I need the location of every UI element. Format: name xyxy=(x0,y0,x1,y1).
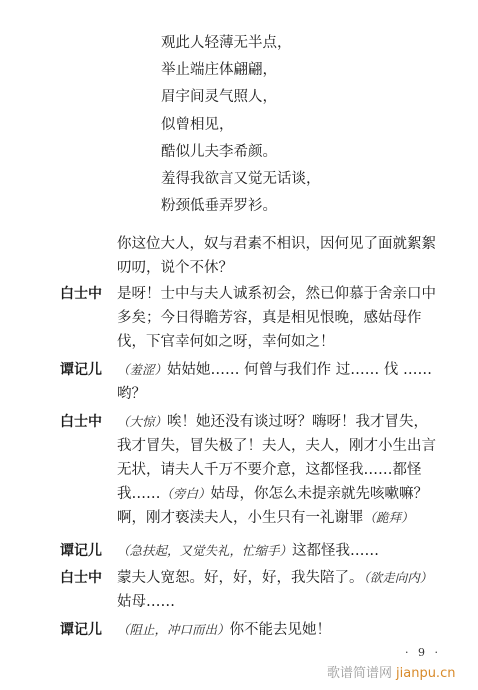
speaker-name: 谭记儿 xyxy=(60,618,102,642)
verse-line: 观此人轻薄无半点， xyxy=(161,30,321,57)
sung-verse: 观此人轻薄无半点， 举止端庄体翩翩， 眉宇间灵气照人， 似曾相见， 酷似儿夫李希… xyxy=(161,30,321,220)
speech-block: 白士中 （大惊）唉！她还没有谈过呀？嗨呀！我才冒失，我才冒失，冒失极了！夫人，夫… xyxy=(60,410,440,530)
speaker-name: 白士中 xyxy=(60,566,102,590)
spoken-line: 你这位大人，奴与君素不相识，因何见了面就絮絮叨叨，说个不休？ xyxy=(117,232,437,280)
speech-text: 蒙夫人宽恕。好，好，好，我失陪了。（欲走向内）姑母…… xyxy=(117,566,440,614)
stage-direction: （跪拜） xyxy=(364,510,414,525)
verse-line: 粉颈低垂弄罗衫。 xyxy=(161,193,321,220)
speech-block: 谭记儿 （羞涩）姑姑她…… 何曾与我们作 过…… 伐 ……哟？ xyxy=(60,358,440,406)
speech-block: 谭记儿 （急扶起，又觉失礼，忙缩手）这都怪我…… xyxy=(60,539,440,563)
page-number: · 9 · xyxy=(405,646,441,659)
speaker-name: 白士中 xyxy=(60,410,102,434)
watermark-label: 歌谱简谱网 xyxy=(327,666,392,681)
speech-block: 谭记儿 （阻止，冲口而出）你不能去见她！ xyxy=(60,618,440,642)
stage-direction: （羞涩） xyxy=(117,362,167,377)
speech-text: （急扶起，又觉失礼，忙缩手）这都怪我…… xyxy=(117,539,440,563)
stage-direction: （急扶起，又觉失礼，忙缩手） xyxy=(117,543,292,558)
watermark-site: jianpu.cn xyxy=(396,666,455,681)
speech-text: 是呀！士中与夫人诚系初会，然已仰慕于舍亲口中多矣；今日得瞻芳容，真是相见恨晚，感… xyxy=(117,282,440,354)
speaker-name: 谭记儿 xyxy=(60,358,102,382)
speaker-name: 白士中 xyxy=(60,282,102,306)
dialogue: 是呀！士中与夫人诚系初会，然已仰慕于舍亲口中多矣；今日得瞻芳容，真是相见恨晚，感… xyxy=(117,286,436,350)
speech-block: 白士中 蒙夫人宽恕。好，好，好，我失陪了。（欲走向内）姑母…… xyxy=(60,566,440,614)
verse-line: 眉宇间灵气照人， xyxy=(161,84,321,111)
speech-text: （阻止，冲口而出）你不能去见她！ xyxy=(117,618,440,642)
verse-line: 酷似儿夫李希颜。 xyxy=(161,139,321,166)
dialogue: 这都怪我…… xyxy=(292,543,379,559)
script-page: 观此人轻薄无半点， 举止端庄体翩翩， 眉宇间灵气照人， 似曾相见， 酷似儿夫李希… xyxy=(0,0,478,690)
dialogue: 蒙夫人宽恕。好，好，好，我失陪了。 xyxy=(117,570,364,586)
speech-text: （大惊）唉！她还没有谈过呀？嗨呀！我才冒失，我才冒失，冒失极了！夫人，夫人，刚才… xyxy=(117,410,440,530)
dialogue: 姑母…… xyxy=(117,594,175,610)
speaker-name: 谭记儿 xyxy=(60,539,102,563)
watermark: 歌谱简谱网jianpu.cn xyxy=(327,662,455,681)
verse-line: 羞得我欲言又觉无话谈， xyxy=(161,166,321,193)
speech-block: 白士中 是呀！士中与夫人诚系初会，然已仰慕于舍亲口中多矣；今日得瞻芳容，真是相见… xyxy=(60,282,440,354)
verse-line: 举止端庄体翩翩， xyxy=(161,57,321,84)
speech-text: （羞涩）姑姑她…… 何曾与我们作 过…… 伐 ……哟？ xyxy=(117,358,440,406)
stage-direction: （大惊） xyxy=(117,414,167,429)
stage-direction: （欲走向内） xyxy=(364,570,433,585)
verse-line: 似曾相见， xyxy=(161,112,321,139)
dialogue: 你不能去见她！ xyxy=(230,622,332,638)
stage-direction: （阻止，冲口而出） xyxy=(117,622,230,637)
stage-direction: （旁白） xyxy=(161,486,211,501)
